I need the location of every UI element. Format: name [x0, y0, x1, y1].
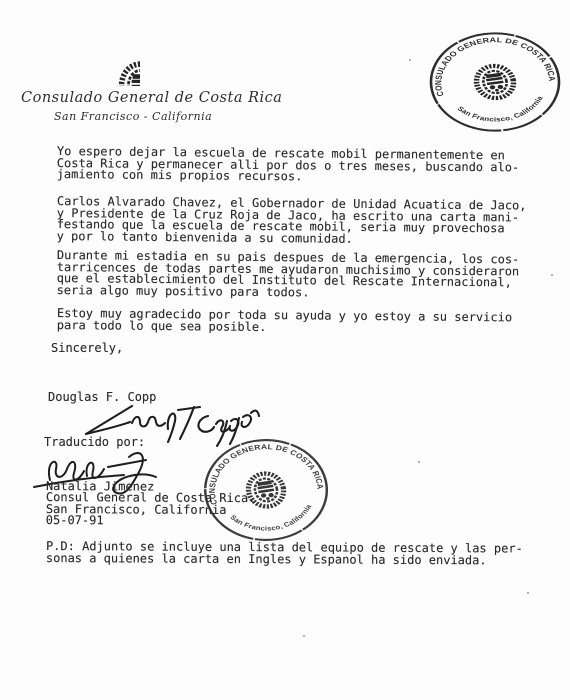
letter-paragraph-1: Yo espero dejar la escuela de rescate mo…	[57, 146, 520, 185]
consulate-seal-stamp-bottom: CONSULADO GENERAL DE COSTA RICA San Fran…	[186, 424, 347, 556]
seal-coat-of-arms-icon	[245, 471, 286, 508]
letterhead-org-location: San Francisco - California	[54, 110, 212, 123]
scan-speck	[409, 59, 411, 61]
letterhead-org-name: Consulado General de Costa Rica	[21, 90, 282, 106]
letterhead-coat-of-arms-icon	[94, 33, 140, 86]
scan-speck	[527, 592, 529, 594]
scan-speck	[303, 635, 305, 637]
consulate-seal-stamp-top: CONSULADO GENERAL DE COSTA RICA San Fran…	[410, 18, 570, 147]
letter-paragraph-2: Carlos Alvarado Chavez, el Gobernador de…	[57, 196, 527, 247]
scanned-letter-page: Consulado General de Costa Rica San Fran…	[0, 0, 570, 700]
scan-speck	[551, 274, 553, 276]
letter-closing: Sincerely,	[51, 343, 123, 355]
seal-coat-of-arms-icon	[473, 64, 517, 101]
letter-paragraph-3: Durante mi estadia en su pais despues de…	[57, 250, 520, 301]
scan-speck	[418, 461, 420, 463]
letter-paragraph-4: Estoy muy agradecido por toda su ayuda y…	[57, 308, 512, 336]
letter-postscript: P.D: Adjunto se incluye una lista del eq…	[46, 541, 523, 567]
